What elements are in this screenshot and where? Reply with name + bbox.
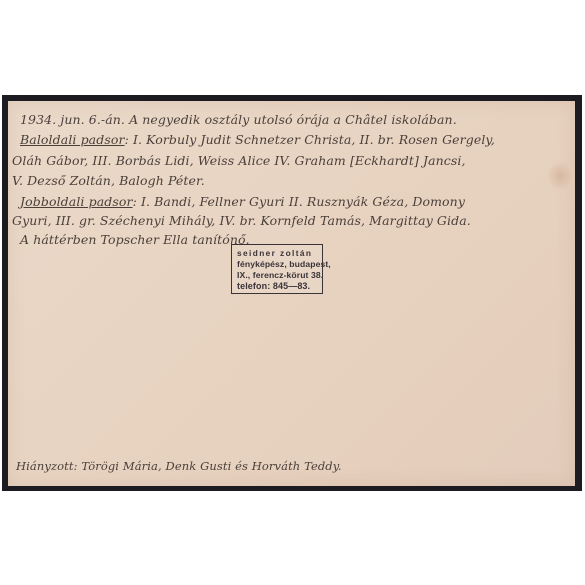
right-row-line-2: Gyuri, III. gr. Széchenyi Mihály, IV. br… <box>12 213 471 228</box>
left-row-line-1: Baloldali padsor: I. Korbuly Judit Schne… <box>20 132 495 147</box>
left-row-line-2: Oláh Gábor, III. Borbás Lidi, Weiss Alic… <box>12 153 466 168</box>
absent-students-line: Hiányzott: Törögi Mária, Denk Gusti és H… <box>16 459 342 473</box>
stamp-telephone: telefon: 845—83. <box>237 281 318 292</box>
left-row-heading: Baloldali padsor <box>20 132 125 147</box>
stamp-profession-city: fényképész, budapest, <box>237 259 318 270</box>
right-row-heading: Jobboldali padsor <box>20 194 133 209</box>
date-caption-line: 1934. jun. 6.-án. A negyedik osztály uto… <box>20 112 457 127</box>
photographer-stamp: seidner zoltán fényképész, budapest, IX.… <box>231 244 323 294</box>
stamp-photographer-name: seidner zoltán <box>237 248 318 259</box>
left-row-line-3: V. Dezső Zoltán, Balogh Péter. <box>12 173 205 188</box>
right-row-names-1: : I. Bandi, Fellner Gyuri II. Rusznyák G… <box>133 194 465 209</box>
paper-stain <box>547 161 573 191</box>
stamp-address: IX., ferencz-körut 38. <box>237 270 318 281</box>
right-row-line-1: Jobboldali padsor: I. Bandi, Fellner Gyu… <box>20 194 465 209</box>
left-row-names-1: : I. Korbuly Judit Schnetzer Christa, II… <box>125 132 495 147</box>
background-teacher-line: A háttérben Topscher Ella tanítónő. <box>20 232 250 247</box>
